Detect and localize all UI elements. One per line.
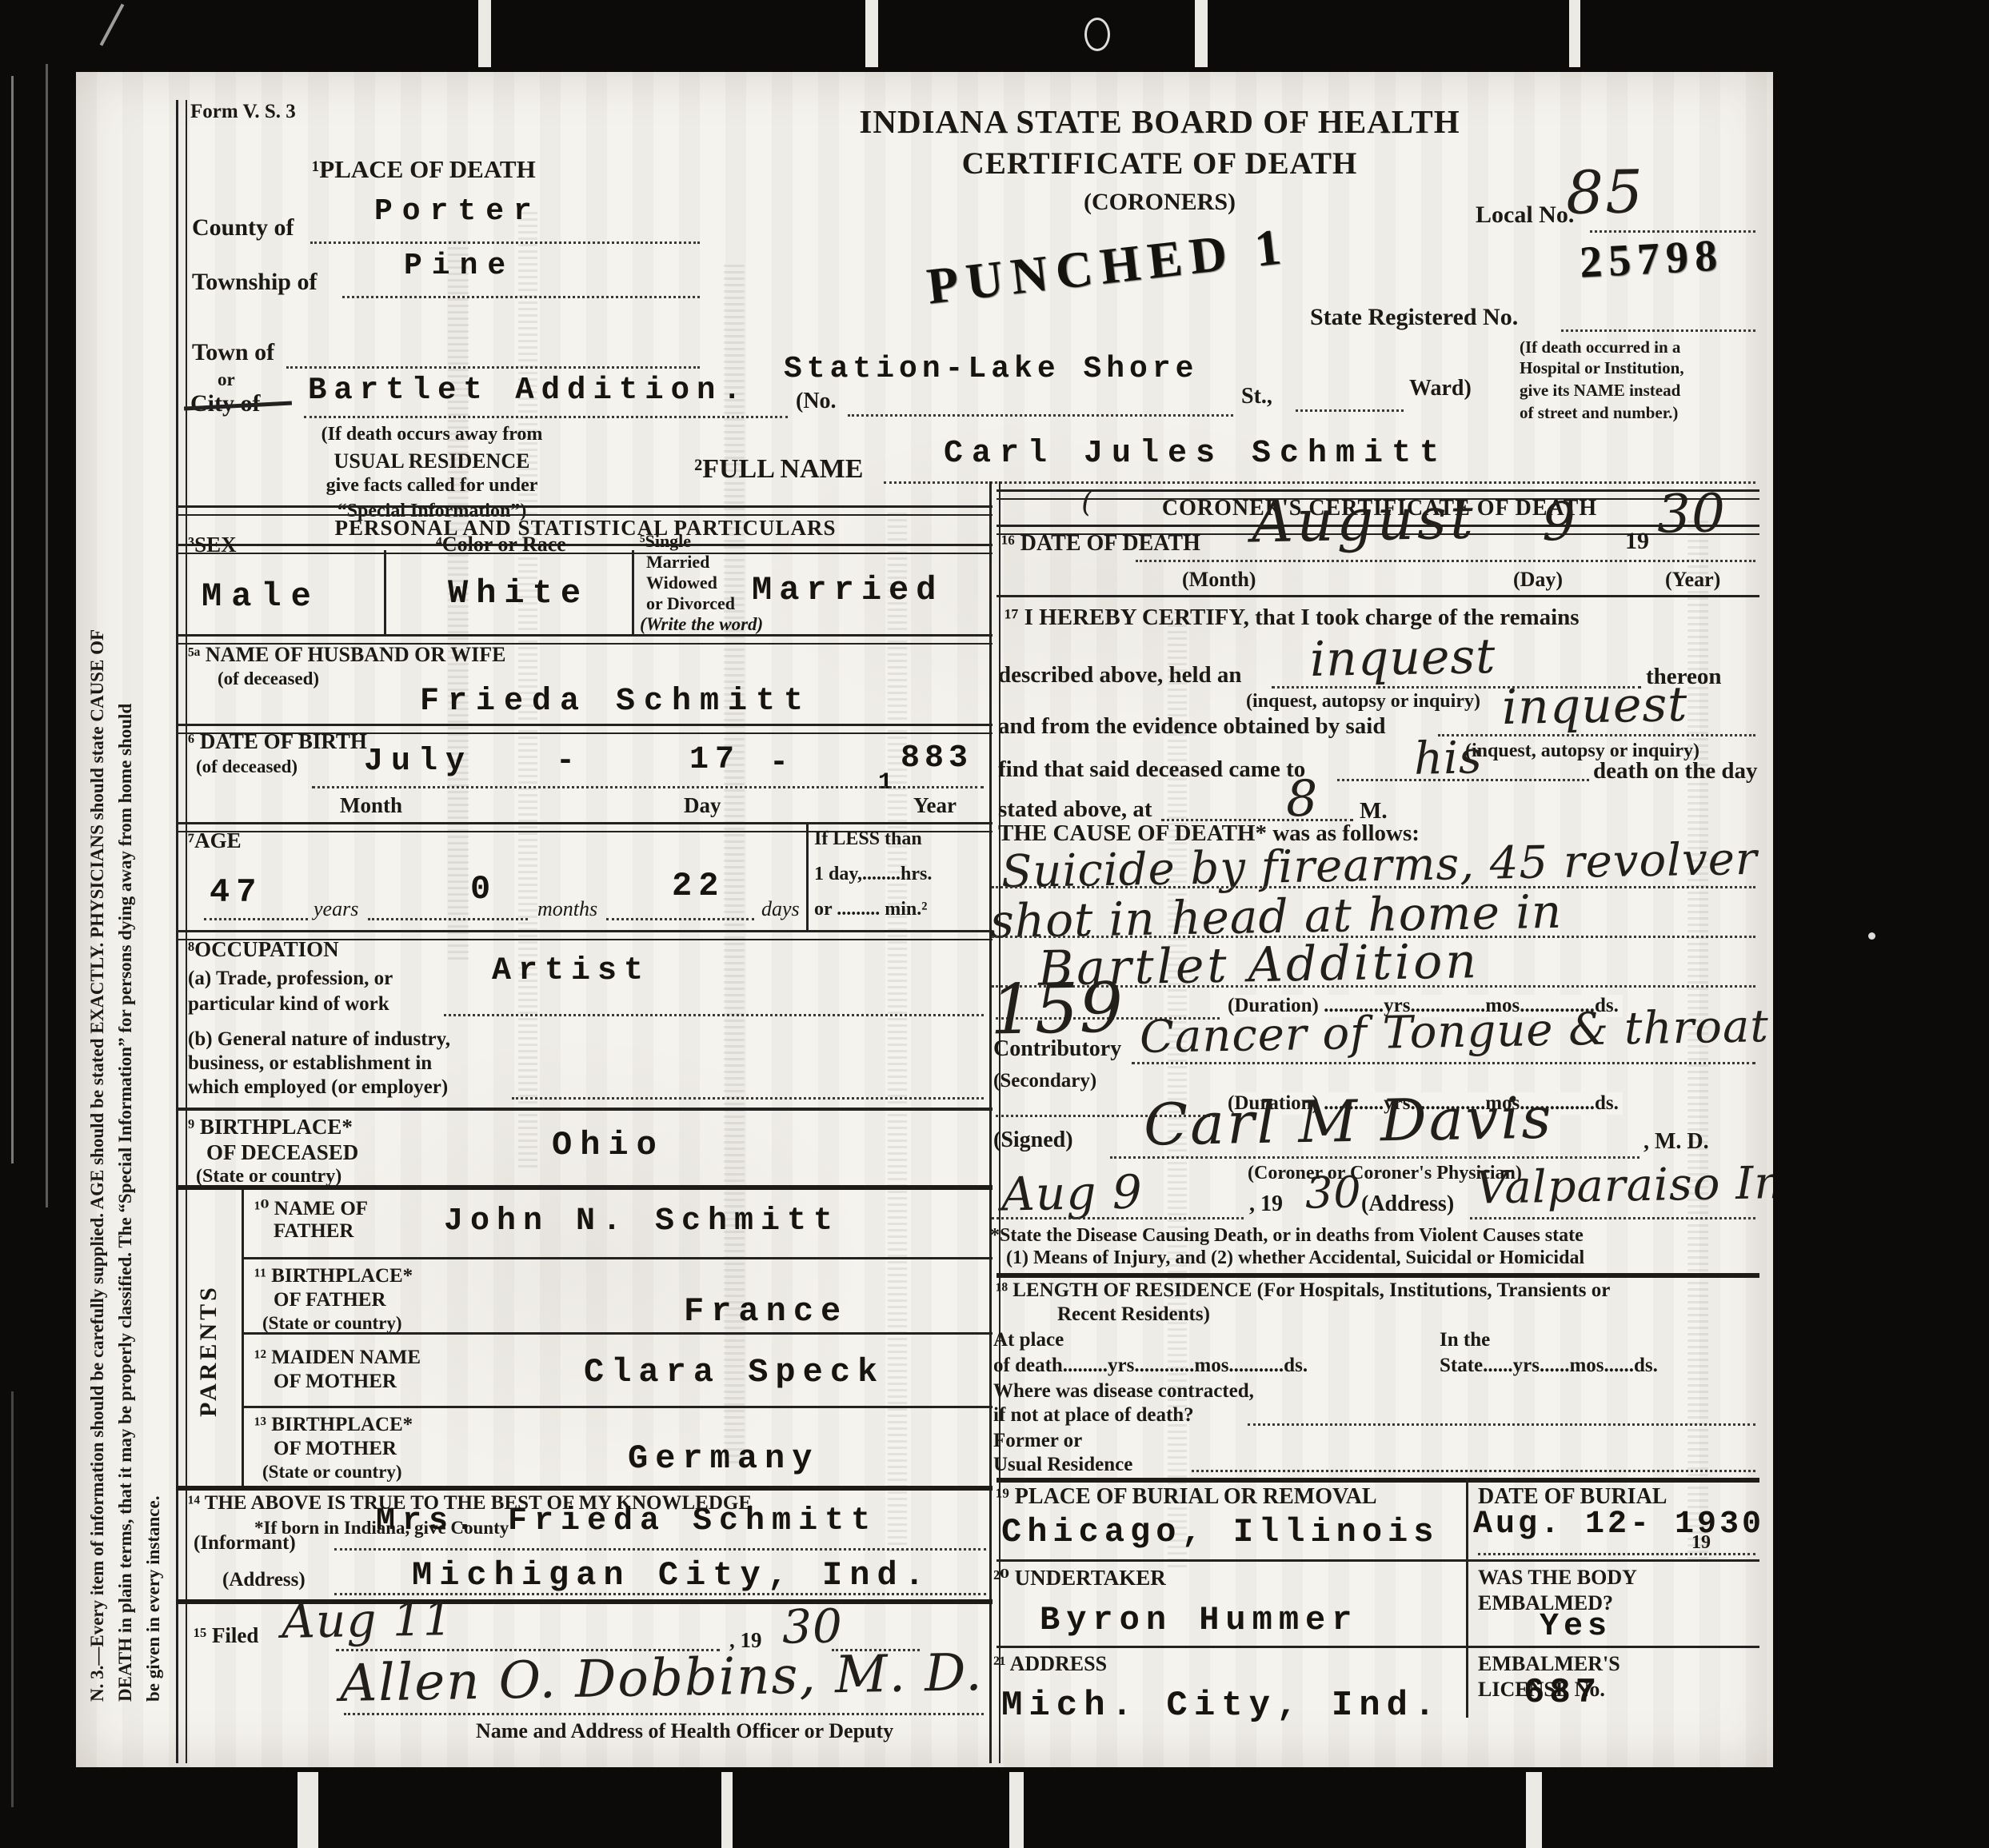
burial-place-label: ¹⁹ PLACE OF BURIAL OR REMOVAL (996, 1484, 1377, 1510)
dotted-line (1132, 1062, 1755, 1064)
coroners-subtitle: (CORONERS) (800, 189, 1520, 216)
stamped-certificate-number: 25798 (1578, 230, 1724, 288)
cell-divider (632, 550, 634, 634)
form-number: Form V. S. 3 (190, 101, 296, 123)
death-year-printed: 19 (1625, 528, 1649, 555)
disease-contracted-label: if not at place of death? (993, 1404, 1194, 1427)
state-or-country-note: (State or country) (262, 1313, 402, 1334)
dotted-line (992, 1217, 1244, 1219)
film-speck (1868, 932, 1875, 940)
marital-value: Married (752, 571, 943, 609)
usual-residence-note: give facts called for under (204, 475, 660, 497)
personal-section-title: PERSONAL AND STATISTICAL PARTICULARS (186, 516, 985, 541)
mother-maiden-label: ¹² MAIDEN NAME (254, 1347, 421, 1369)
margin-note-line: DEATH in plain terms, that it may be pro… (111, 114, 139, 1702)
dotted-line (1561, 329, 1755, 332)
dob-year-value: 883 (901, 740, 973, 776)
informant-value: Mrs. Frieda Schmitt (376, 1503, 877, 1539)
residence-label: ¹⁸ LENGTH OF RESIDENCE (For Hospitals, I… (996, 1279, 1610, 1302)
occupation-a-label: (a) Trade, profession, or (188, 968, 393, 990)
father-name-label: FATHER (274, 1220, 353, 1243)
film-edge-line (11, 1391, 14, 1807)
age-months-value: 0 (470, 870, 496, 908)
state-registered-label: State Registered No. (1310, 304, 1518, 331)
burial-place-value: Chicago, Illinois (1001, 1513, 1439, 1551)
dotted-line (606, 918, 754, 920)
sex-label: ³SEX (188, 533, 237, 557)
if-less-than-note: If LESS than (814, 828, 922, 850)
dotted-line (368, 918, 528, 920)
street-no-label: (No. (796, 389, 837, 414)
his-value: his (1413, 732, 1483, 784)
in-state-line: State......yrs......mos......ds. (1440, 1355, 1658, 1377)
inquest-value: inquest (1501, 677, 1687, 736)
certify-statement: ¹⁷ I HEREBY CERTIFY, that I took charge … (1004, 605, 1580, 631)
dotted-line (1136, 560, 1755, 562)
dotted-line (1438, 734, 1755, 736)
burial-date-value: Aug. 12- 1930 (1473, 1507, 1764, 1543)
marital-options: ⁵Single (640, 531, 691, 552)
state-or-country-note: (State or country) (262, 1462, 402, 1483)
place-of-death-title: ¹PLACE OF DEATH (312, 155, 536, 184)
margin-note-line: be given in every instance. (139, 114, 167, 1702)
dob-day-value: 17 (689, 742, 741, 778)
film-strip-right (1773, 0, 1989, 1848)
film-gap (1009, 1772, 1024, 1848)
heavy-rule (176, 1185, 993, 1190)
dotted-line (884, 481, 1755, 484)
dotted-line (344, 1713, 984, 1715)
birthplace-value: Ohio (552, 1126, 665, 1164)
held-an-label: described above, held an (998, 662, 1242, 689)
rule (242, 1406, 993, 1408)
informant-address-value: Michigan City, Ind. (412, 1556, 932, 1595)
dotted-line (1248, 1423, 1755, 1426)
dob-dash: - (769, 745, 794, 781)
former-residence-label: Former or (993, 1430, 1082, 1452)
film-edge-line (11, 76, 14, 1163)
mother-maiden-value: Clara Speck (584, 1353, 885, 1391)
age-years-value: 47 (210, 873, 262, 912)
dotted-line (310, 241, 700, 244)
dotted-line (1337, 779, 1589, 781)
margin-note-line: N. 3.—Every item of information should b… (83, 114, 111, 1702)
spouse-sublabel: (of deceased) (218, 669, 319, 689)
city-value: Bartlet Addition. (308, 373, 749, 408)
township-value: Pine (404, 249, 515, 283)
full-name-label: ²FULL NAME (694, 454, 863, 485)
signature-address-value: Valparaiso Ind (1475, 1156, 1813, 1214)
birthplace-label: ⁹ BIRTHPLACE* (188, 1115, 353, 1140)
violent-cause-footnote: (1) Means of Injury, and (2) whether Acc… (1006, 1247, 1584, 1269)
father-birthplace-label: ¹¹ BIRTHPLACE* (254, 1265, 413, 1287)
year-paren-label: (Year) (1665, 568, 1720, 592)
rule (996, 1559, 1759, 1562)
dotted-line (1192, 1470, 1755, 1472)
rule (242, 1332, 993, 1335)
months-label: months (537, 897, 597, 921)
spouse-value: Frieda Schmitt (420, 684, 812, 720)
filed-label: ¹⁵ Filed (194, 1623, 258, 1648)
ward-label: Ward) (1409, 376, 1472, 401)
undertaker-label: ²⁰ UNDERTAKER (993, 1566, 1166, 1591)
usual-residence-note: (If death occurs away from (204, 424, 660, 445)
occupation-label: ⁸OCCUPATION (188, 937, 339, 962)
days-label: days (761, 897, 800, 921)
marital-options: Married (646, 552, 709, 573)
dotted-line (1470, 1217, 1755, 1219)
race-value: White (448, 574, 589, 613)
rule (176, 505, 993, 516)
day-paren-label: (Day) (1513, 568, 1563, 592)
film-gap (1569, 0, 1580, 67)
marital-options: Widowed (646, 573, 717, 593)
signature-year-printed: , 19 (1249, 1191, 1283, 1217)
undertaker-address-label: ²¹ ADDRESS (993, 1652, 1107, 1676)
year-label: Year (913, 793, 957, 818)
rule (996, 595, 1759, 597)
residence-label: Recent Residents) (1057, 1303, 1210, 1326)
dob-label: ⁶ DATE OF BIRTH (188, 729, 367, 754)
filed-date-value: Aug 11 (281, 1591, 453, 1649)
certificate-title: CERTIFICATE OF DEATH (800, 146, 1520, 182)
parents-vertical-label: PARENTS (195, 1284, 222, 1417)
age-label: ⁷AGE (188, 828, 242, 853)
dob-year-prefix: 1 (878, 769, 898, 796)
embalmed-value: Yes (1540, 1609, 1612, 1645)
at-place-line: of death.........yrs............mos.....… (993, 1355, 1308, 1377)
md-label: , M. D. (1644, 1129, 1709, 1155)
film-gap (721, 1772, 733, 1848)
heavy-rule (996, 1273, 1759, 1278)
dotted-line (1478, 1553, 1755, 1555)
street-value: Station-Lake Shore (784, 352, 1198, 386)
heavy-rule (176, 1486, 993, 1491)
inquest-autopsy-note: (inquest, autopsy or inquiry) (1246, 691, 1480, 712)
father-birthplace-label: OF FATHER (274, 1289, 386, 1311)
sex-value: Male (202, 577, 321, 616)
dotted-line (334, 1548, 986, 1551)
film-gap (1195, 0, 1208, 67)
county-value: Porter (374, 194, 541, 229)
death-on-day-label: death on the day (1593, 758, 1757, 784)
film-strip-top (0, 0, 1989, 72)
informant-label: (Informant) (194, 1532, 296, 1555)
town-label: Town of (192, 339, 274, 366)
informant-address-label: (Address) (222, 1569, 306, 1591)
if-less-than-note: or ......... min.² (814, 899, 927, 920)
month-label: Month (340, 793, 402, 818)
burial-year-printed: 19 (1691, 1532, 1711, 1554)
occupation-b-label: which employed (or employer) (188, 1076, 448, 1099)
spouse-label: ⁵ᵃ NAME OF HUSBAND OR WIFE (188, 643, 505, 667)
in-the-label: In the (1440, 1329, 1490, 1351)
father-birthplace-value: France (684, 1292, 848, 1331)
board-title: INDIANA STATE BOARD OF HEALTH (800, 102, 1520, 141)
mother-birthplace-value: Germany (628, 1439, 819, 1478)
occupation-a-label: particular kind of work (188, 993, 389, 1016)
cell-divider (384, 550, 386, 634)
dotted-line (512, 1097, 984, 1100)
st-label: St., (1241, 384, 1272, 409)
film-hole-mark (1084, 18, 1110, 51)
occupation-b-label: business, or establishment in (188, 1052, 432, 1075)
race-label: ⁴Color or Race (436, 533, 566, 557)
if-less-than-note: 1 day,........hrs. (814, 864, 932, 885)
dob-sublabel: (of deceased) (196, 756, 298, 777)
hospital-note: Hospital or Institution, (1520, 358, 1684, 378)
disease-contracted-label: Where was disease contracted, (993, 1380, 1254, 1403)
burial-cell-divider (1466, 1478, 1468, 1718)
marital-options: or Divorced (646, 593, 735, 614)
hospital-note: give its NAME instead (1520, 381, 1680, 401)
former-residence-label: Usual Residence (993, 1454, 1132, 1476)
coroner-signature: Carl M Davis (1143, 1084, 1554, 1159)
dotted-line (444, 1014, 984, 1016)
health-officer-signature: Allen O. Dobbins, M. D. (339, 1643, 984, 1714)
usual-residence-note: USUAL RESIDENCE (204, 449, 660, 473)
evidence-label: and from the evidence obtained by said (998, 713, 1385, 740)
film-edge-line (46, 64, 48, 1207)
dob-dash: - (556, 744, 581, 780)
death-year-value: 30 (1656, 482, 1726, 545)
hour-value: 8 (1285, 769, 1319, 828)
write-the-word-note: (Write the word) (640, 614, 763, 635)
mother-birthplace-label: OF MOTHER (274, 1438, 397, 1460)
undertaker-address-value: Mich. City, Ind. (1001, 1686, 1441, 1726)
local-no-value: 85 (1565, 158, 1645, 228)
film-gap (865, 0, 878, 67)
secondary-label: (Secondary) (993, 1070, 1096, 1092)
cell-divider (806, 822, 809, 930)
mother-maiden-label: OF MOTHER (274, 1371, 397, 1393)
county-label: County of (192, 214, 294, 241)
rule (996, 1646, 1759, 1648)
film-gap (478, 0, 491, 67)
violent-cause-footnote: *State the Disease Causing Death, or in … (990, 1225, 1584, 1247)
father-name-label: ¹⁰ NAME OF (254, 1196, 368, 1220)
dotted-line (304, 416, 788, 418)
date-of-death-label: ¹⁶ DATE OF DEATH (1001, 531, 1200, 557)
state-or-country-note: (State or country) (196, 1166, 341, 1187)
embalmer-license-value: 687 (1524, 1673, 1601, 1713)
rule (176, 544, 993, 554)
heavy-rule (996, 1478, 1759, 1483)
dotted-line (312, 786, 984, 788)
contributory-label: Contributory (993, 1036, 1121, 1062)
township-label: Township of (192, 269, 317, 296)
hospital-note: of street and number.) (1520, 403, 1678, 423)
or-label: or (218, 369, 235, 390)
month-paren-label: (Month) (1182, 568, 1256, 592)
full-name-value: Carl Jules Schmitt (944, 436, 1448, 472)
death-day-value: 9 (1541, 491, 1576, 553)
day-label: Day (684, 793, 721, 818)
hospital-note: (If death occurred in a (1520, 336, 1680, 358)
birthplace-sublabel: OF DECEASED (206, 1140, 358, 1165)
occupation-b-label: (b) General nature of industry, (188, 1028, 450, 1051)
contributory-value: Cancer of Tongue & throat (1139, 1000, 1769, 1064)
at-place-label: At place (993, 1329, 1064, 1351)
dotted-line (848, 414, 1233, 417)
signature-date-value: Aug 9 (1000, 1164, 1143, 1221)
occupation-value: Artist (492, 953, 650, 989)
film-gap (298, 1772, 318, 1848)
parents-strip-divider (242, 1190, 244, 1487)
dotted-line (204, 918, 308, 920)
signed-label: (Signed) (993, 1128, 1073, 1153)
age-days-value: 22 (672, 867, 725, 905)
signature-year-value: 30 (1304, 1167, 1362, 1218)
rule (242, 1257, 993, 1259)
years-label: years (314, 897, 358, 921)
health-officer-label: Name and Address of Health Officer or De… (476, 1719, 893, 1743)
rule (176, 1108, 993, 1111)
father-name-value: John N. Schmitt (444, 1203, 840, 1239)
came-to-label: find that said deceased came to (998, 756, 1305, 783)
death-month-value: August (1251, 485, 1476, 556)
embalmed-label: WAS THE BODY (1478, 1566, 1637, 1590)
death-certificate-scan: N. 3.—Every item of information should b… (0, 0, 1989, 1848)
dotted-line (342, 296, 700, 298)
margin-note: N. 3.—Every item of information should b… (83, 114, 167, 1702)
stated-above-label: stated above, at (998, 796, 1152, 823)
dotted-line (1110, 1156, 1640, 1159)
film-gap (1526, 1772, 1542, 1848)
undertaker-value: Byron Hummer (1040, 1601, 1358, 1639)
inquest-value: inquest (1309, 629, 1496, 688)
signature-address-label: (Address) (1361, 1191, 1454, 1217)
dotted-line (286, 366, 700, 369)
local-no-label: Local No. (1476, 202, 1574, 229)
dob-month-value: July (364, 744, 473, 780)
mother-birthplace-label: ¹³ BIRTHPLACE* (254, 1414, 413, 1436)
dotted-line (1296, 409, 1404, 412)
